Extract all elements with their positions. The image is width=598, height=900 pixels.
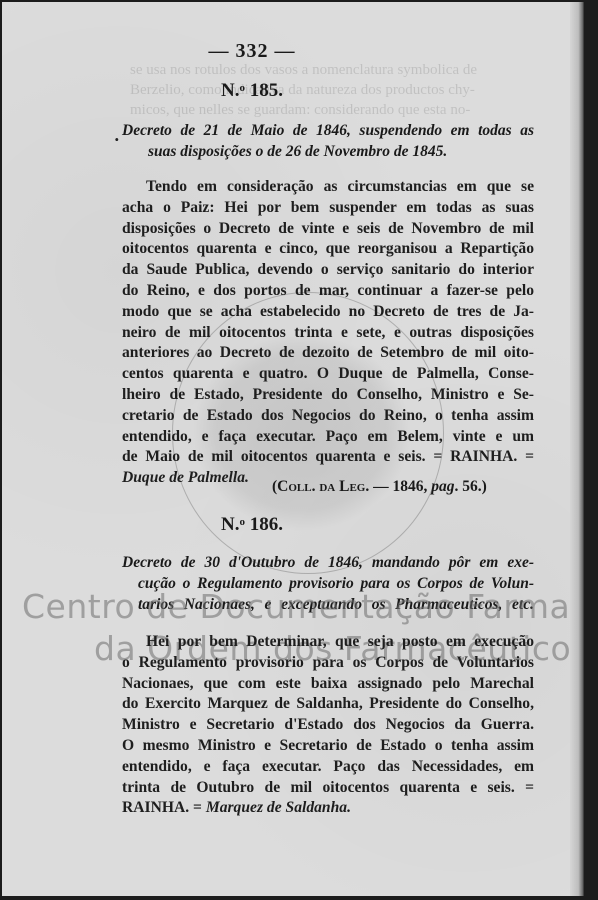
citation-source: Coll. da Leg. [277, 478, 369, 495]
body-line: de Maio de mil oitocentos quarenta e sei… [122, 447, 534, 468]
decree-186-body: Hei por bem Determinar, que seja posto e… [122, 632, 534, 819]
margin-dot: . [114, 126, 120, 145]
heading-prefix: N. [221, 514, 239, 535]
signature-line: RAINHA. = Marquez de Saldanha. [122, 798, 534, 819]
body-line: Ministro e Secretario d'Estado dos Negoc… [122, 715, 534, 736]
decree-185-heading: N.o 185. [2, 80, 502, 102]
body-line: Hei por bem Determinar, que seja posto e… [122, 632, 534, 653]
body-line: Nacionaes, que com este baixa assignado … [122, 674, 534, 695]
book-spine-shadow [570, 2, 584, 896]
page-number: — 332 — [2, 40, 502, 63]
body-line: trinta de Outubro de mil oitocentos quar… [122, 778, 534, 799]
body-line: modo que se acha estabelecido no Decreto… [122, 302, 534, 323]
body-line: O mesmo Ministro e Secretario de Estado … [122, 736, 534, 757]
heading-number: 186. [245, 514, 283, 535]
body-line: neiro de mil oitocentos trinta e sete, e… [122, 323, 534, 344]
minister-signature: Marquez de Saldanha. [206, 799, 351, 816]
heading-number: 185. [245, 80, 283, 101]
body-line: disposições o Decreto de vinte e seis de… [122, 219, 534, 240]
decree-186-heading: N.o 186. [2, 514, 502, 536]
bleed-through-line: se usa nos rotulos dos vasos a nomenclat… [130, 60, 550, 80]
summary-line: suas disposições o de 26 de Novembro de … [122, 141, 534, 162]
rainha-signature: RAINHA. = [122, 799, 206, 816]
heading-prefix: N. [221, 80, 239, 101]
body-line: do Exercito Marquez de Saldanha, Preside… [122, 694, 534, 715]
summary-line: Decreto de 21 de Maio de 1846, suspenden… [122, 120, 534, 141]
body-line: Tendo em consideração as circumstancias … [122, 177, 534, 198]
summary-line: Decreto de 30 d'Outubro de 1846, mandand… [122, 552, 534, 573]
scanned-page: se usa nos rotulos dos vasos a nomenclat… [2, 2, 584, 896]
citation-page: . 56.) [454, 478, 486, 495]
citation-page-label: pag [431, 478, 454, 495]
bleed-through-line: micos, que nelles se guardam: consideran… [130, 100, 550, 120]
watermark-line-1: Centro de Documentação Farmacêutica [22, 587, 584, 626]
body-line: cretario de Estado dos Negocios do Reino… [122, 406, 534, 427]
body-line: da Saude Publica, devendo o serviço sani… [122, 260, 534, 281]
decree-185-summary: Decreto de 21 de Maio de 1846, suspenden… [122, 120, 534, 162]
citation-year: — 1846, [369, 478, 431, 495]
body-line: acha o Paiz: Hei por bem suspender em to… [122, 198, 534, 219]
body-line: lheiro de Estado, Presidente do Conselho… [122, 385, 534, 406]
decree-185-body: Tendo em consideração as circumstancias … [122, 177, 534, 489]
body-line: anteriores ao Decreto de dezoito de Sete… [122, 343, 534, 364]
body-line: oitocentos quarenta e cinco, que reorgan… [122, 239, 534, 260]
body-line: centos quarenta e quatro. O Duque de Pal… [122, 364, 534, 385]
decree-185-citation: (Coll. da Leg. — 1846, pag. 56.) [272, 478, 562, 496]
signature: Duque de Palmella. [122, 469, 249, 486]
body-line: entendido, e faça executar. Paço em Bele… [122, 427, 534, 448]
body-line: entendido, e faça executar. Paço das Nec… [122, 757, 534, 778]
body-line: do Reino, e dos portos de mar, continuar… [122, 281, 534, 302]
body-line: o Regulamento provisorio para os Corpos … [122, 653, 534, 674]
